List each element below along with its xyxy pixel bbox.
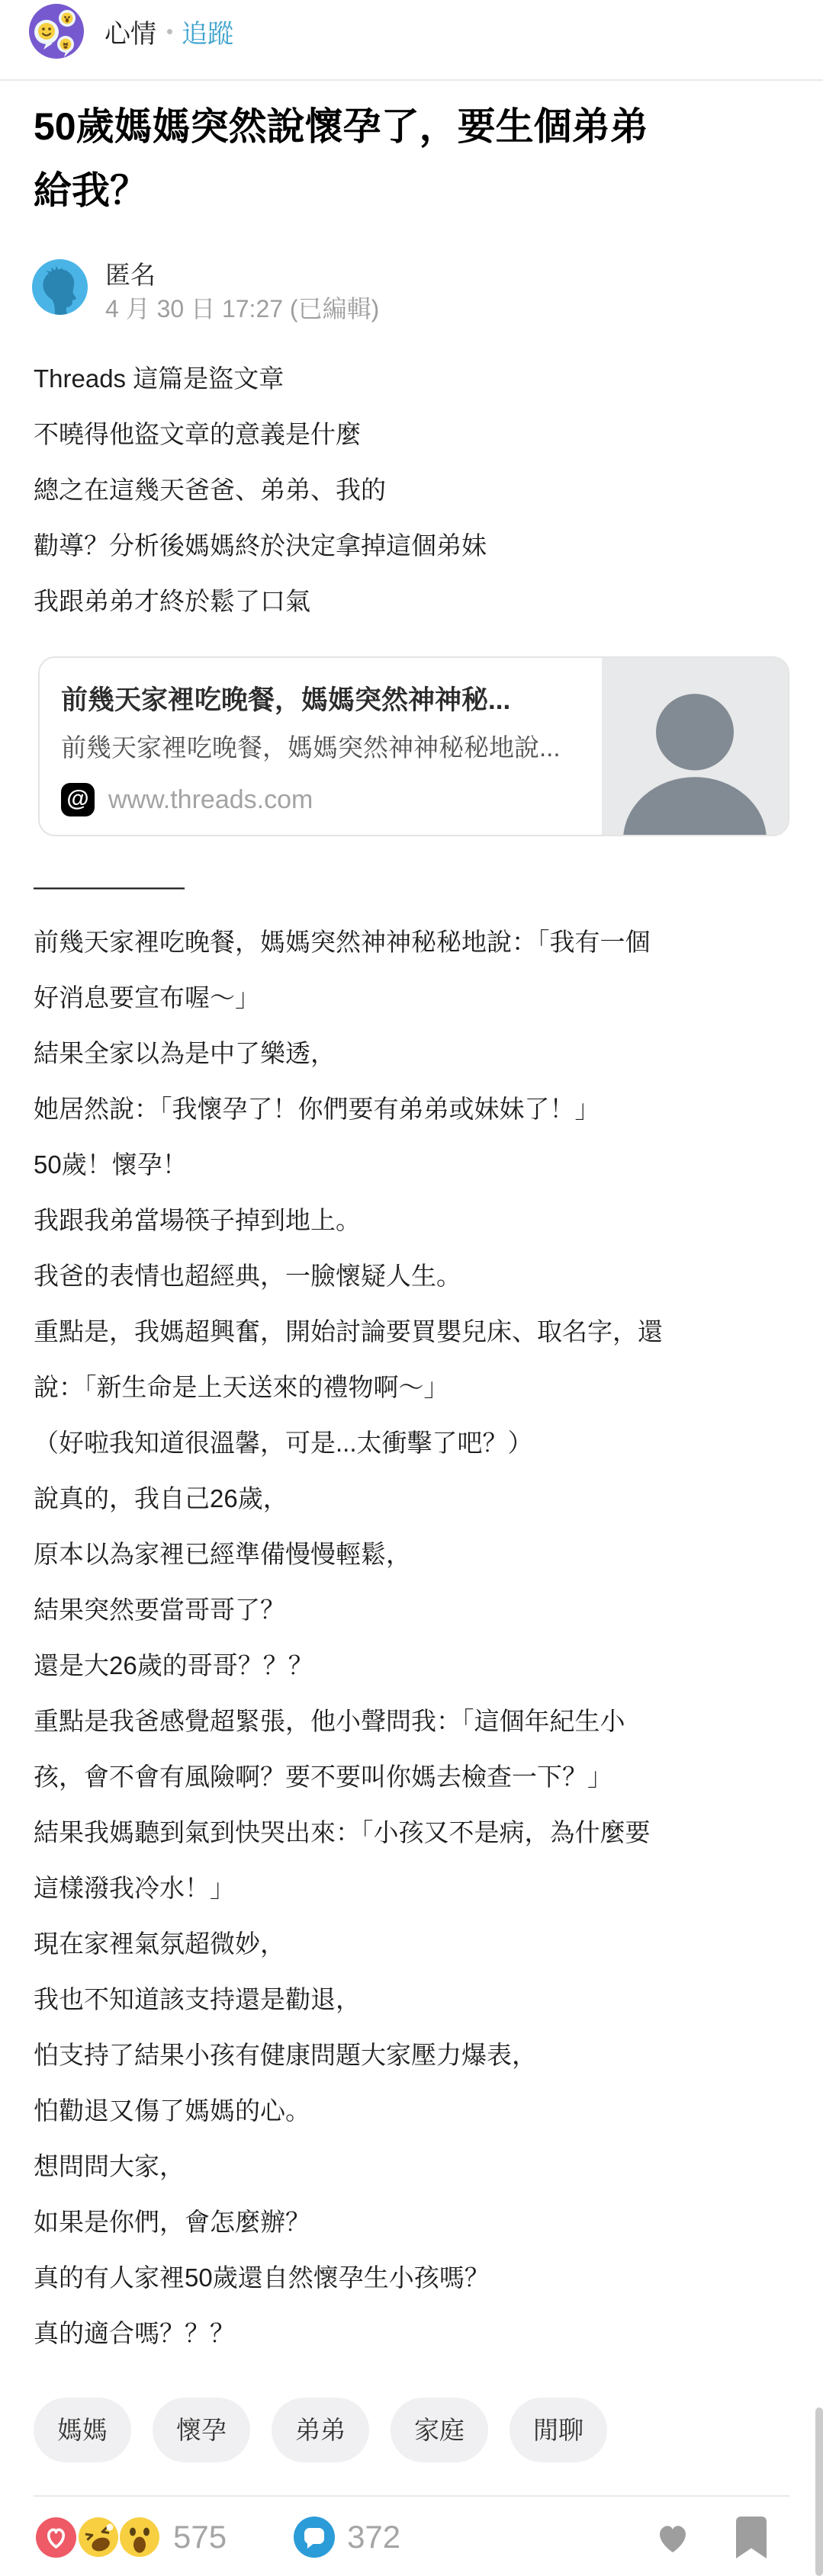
like-heart-button-icon[interactable] <box>654 2518 692 2556</box>
topic-tag-pill[interactable]: 弟弟 <box>272 2398 369 2462</box>
footer-actions <box>654 2517 767 2558</box>
link-card-title: 前幾天家裡吃晚餐，媽媽突然神神秘... <box>61 685 590 716</box>
surprised-reaction-icon <box>120 2517 159 2557</box>
body-line: 怕支持了結果小孩有健康問題大家壓力爆表， <box>34 2027 804 2083</box>
board-name: 心情 <box>104 13 156 50</box>
body-line: 總之在這幾天爸爸、弟弟、我的 <box>34 462 804 518</box>
scrollbar-thumb[interactable] <box>815 2408 823 2576</box>
link-card-text: 前幾天家裡吃晚餐，媽媽突然神神秘... 前幾天家裡吃晚餐，媽媽突然神神秘秘地說.… <box>40 658 602 835</box>
post-title-line: 50歲媽媽突然說懷孕了，要生個弟弟 <box>34 95 796 159</box>
laughing-reaction-icon <box>79 2517 118 2557</box>
body-line: 現在家裡氣氛超微妙， <box>34 1916 804 1971</box>
body-line: —————— <box>34 858 804 914</box>
body-line: 真的有人家裡50歲還自然懷孕生小孩嗎？ <box>34 2250 804 2305</box>
author-meta: 匿名 4 月 30 日 17:27 (已編輯) <box>105 259 379 324</box>
post-title-line: 給我？ <box>34 159 796 223</box>
reaction-count: 575 <box>173 2519 227 2555</box>
body-line: 說真的，我自己26歲， <box>34 1471 804 1526</box>
body-line: 怕勸退又傷了媽媽的心。 <box>34 2083 804 2138</box>
body-line: 重點是我爸感覺超緊張，他小聲問我：「這個年紀生小 <box>34 1693 804 1749</box>
post-page: 心情 追蹤 50歲媽媽突然說懷孕了，要生個弟弟給我？ 匿名 4 月 30 日 1… <box>0 0 823 2576</box>
body-line: 想問問大家， <box>34 2138 804 2194</box>
body-line: 重點是，我媽超興奮，開始討論要買嬰兒床、取名字，還 <box>34 1304 804 1359</box>
topic-tag-pill[interactable]: 閒聊 <box>510 2398 607 2462</box>
author-row: 匿名 4 月 30 日 17:27 (已編輯) <box>32 259 379 324</box>
body-line: 好消息要宣布喔～」 <box>34 970 804 1025</box>
link-card-description: 前幾天家裡吃晚餐，媽媽突然神神秘秘地說... <box>61 733 590 763</box>
body-line: 真的適合嗎？？？ <box>34 2305 804 2361</box>
body-line: 原本以為家裡已經準備慢慢輕鬆， <box>34 1526 804 1582</box>
author-name: 匿名 <box>105 260 379 290</box>
body-line: 我也不知道該支持還是勸退， <box>34 1971 804 2027</box>
body-line: 還是大26歲的哥哥？？？ <box>34 1638 804 1693</box>
post-body-main: ——————前幾天家裡吃晚餐，媽媽突然神神秘秘地說：「我有一個好消息要宣布喔～」… <box>34 858 804 2361</box>
anonymous-avatar-icon <box>32 259 88 315</box>
comment-icon[interactable] <box>294 2517 335 2558</box>
body-line: 50歲！懷孕！ <box>34 1137 804 1192</box>
post-title: 50歲媽媽突然說懷孕了，要生個弟弟給我？ <box>34 95 796 223</box>
body-line: （好啦我知道很溫馨，可是...太衝擊了吧？） <box>34 1415 804 1471</box>
follow-link[interactable]: 追蹤 <box>182 13 233 50</box>
comment-count: 372 <box>347 2519 400 2555</box>
post-date: 4 月 30 日 17:27 (已編輯) <box>105 294 379 324</box>
post-body-top: Threads 這篇是盜文章不曉得他盜文章的意義是什麼總之在這幾天爸爸、弟弟、我… <box>34 351 804 629</box>
board-header[interactable]: 心情 追蹤 <box>29 0 233 63</box>
post-footer: 575 372 <box>36 2513 767 2562</box>
separator-dot <box>167 29 172 34</box>
header-divider <box>0 79 823 81</box>
board-mood-icon <box>29 4 84 59</box>
link-card-site-row: @ www.threads.com <box>61 783 590 816</box>
body-line: 勸導？分析後媽媽終於決定拿掉這個弟妹 <box>34 518 804 573</box>
threads-favicon-icon: @ <box>61 783 95 816</box>
topic-tag-pill[interactable]: 家庭 <box>391 2398 488 2462</box>
body-line: 她居然說：「我懷孕了！你們要有弟弟或妹妹了！」 <box>34 1081 804 1137</box>
reaction-summary[interactable]: 575 <box>36 2517 227 2558</box>
bookmark-button-icon[interactable] <box>736 2517 767 2558</box>
body-line: 說：「新生命是上天送來的禮物啊～」 <box>34 1359 804 1415</box>
footer-divider <box>34 2495 789 2497</box>
link-card-thumbnail-person-icon <box>602 658 788 835</box>
heart-reaction-icon <box>36 2517 76 2558</box>
body-line: 孩，會不會有風險啊？要不要叫你媽去檢查一下？」 <box>34 1749 804 1804</box>
body-line: 結果我媽聽到氣到快哭出來：「小孩又不是病，為什麼要 <box>34 1804 804 1860</box>
topic-tag-pill[interactable]: 懷孕 <box>153 2398 250 2462</box>
link-card-url: www.threads.com <box>108 785 313 815</box>
body-line: 我跟我弟當場筷子掉到地上。 <box>34 1192 804 1248</box>
body-line: 我跟弟弟才終於鬆了口氣 <box>34 573 804 629</box>
body-line: 這樣潑我冷水！」 <box>34 1860 804 1916</box>
body-line: 不曉得他盜文章的意義是什麼 <box>34 406 804 462</box>
body-line: 如果是你們，會怎麼辦？ <box>34 2194 804 2250</box>
body-line: 前幾天家裡吃晚餐，媽媽突然神神秘秘地說：「我有一個 <box>34 914 804 970</box>
body-line: 我爸的表情也超經典，一臉懷疑人生。 <box>34 1248 804 1304</box>
topic-tags: 媽媽懷孕弟弟家庭閒聊 <box>34 2398 607 2462</box>
link-preview-card[interactable]: 前幾天家裡吃晚餐，媽媽突然神神秘... 前幾天家裡吃晚餐，媽媽突然神神秘秘地說.… <box>38 656 789 836</box>
topic-tag-pill[interactable]: 媽媽 <box>34 2398 131 2462</box>
body-line: Threads 這篇是盜文章 <box>34 351 804 406</box>
body-line: 結果突然要當哥哥了？ <box>34 1582 804 1638</box>
body-line: 結果全家以為是中了樂透， <box>34 1025 804 1081</box>
